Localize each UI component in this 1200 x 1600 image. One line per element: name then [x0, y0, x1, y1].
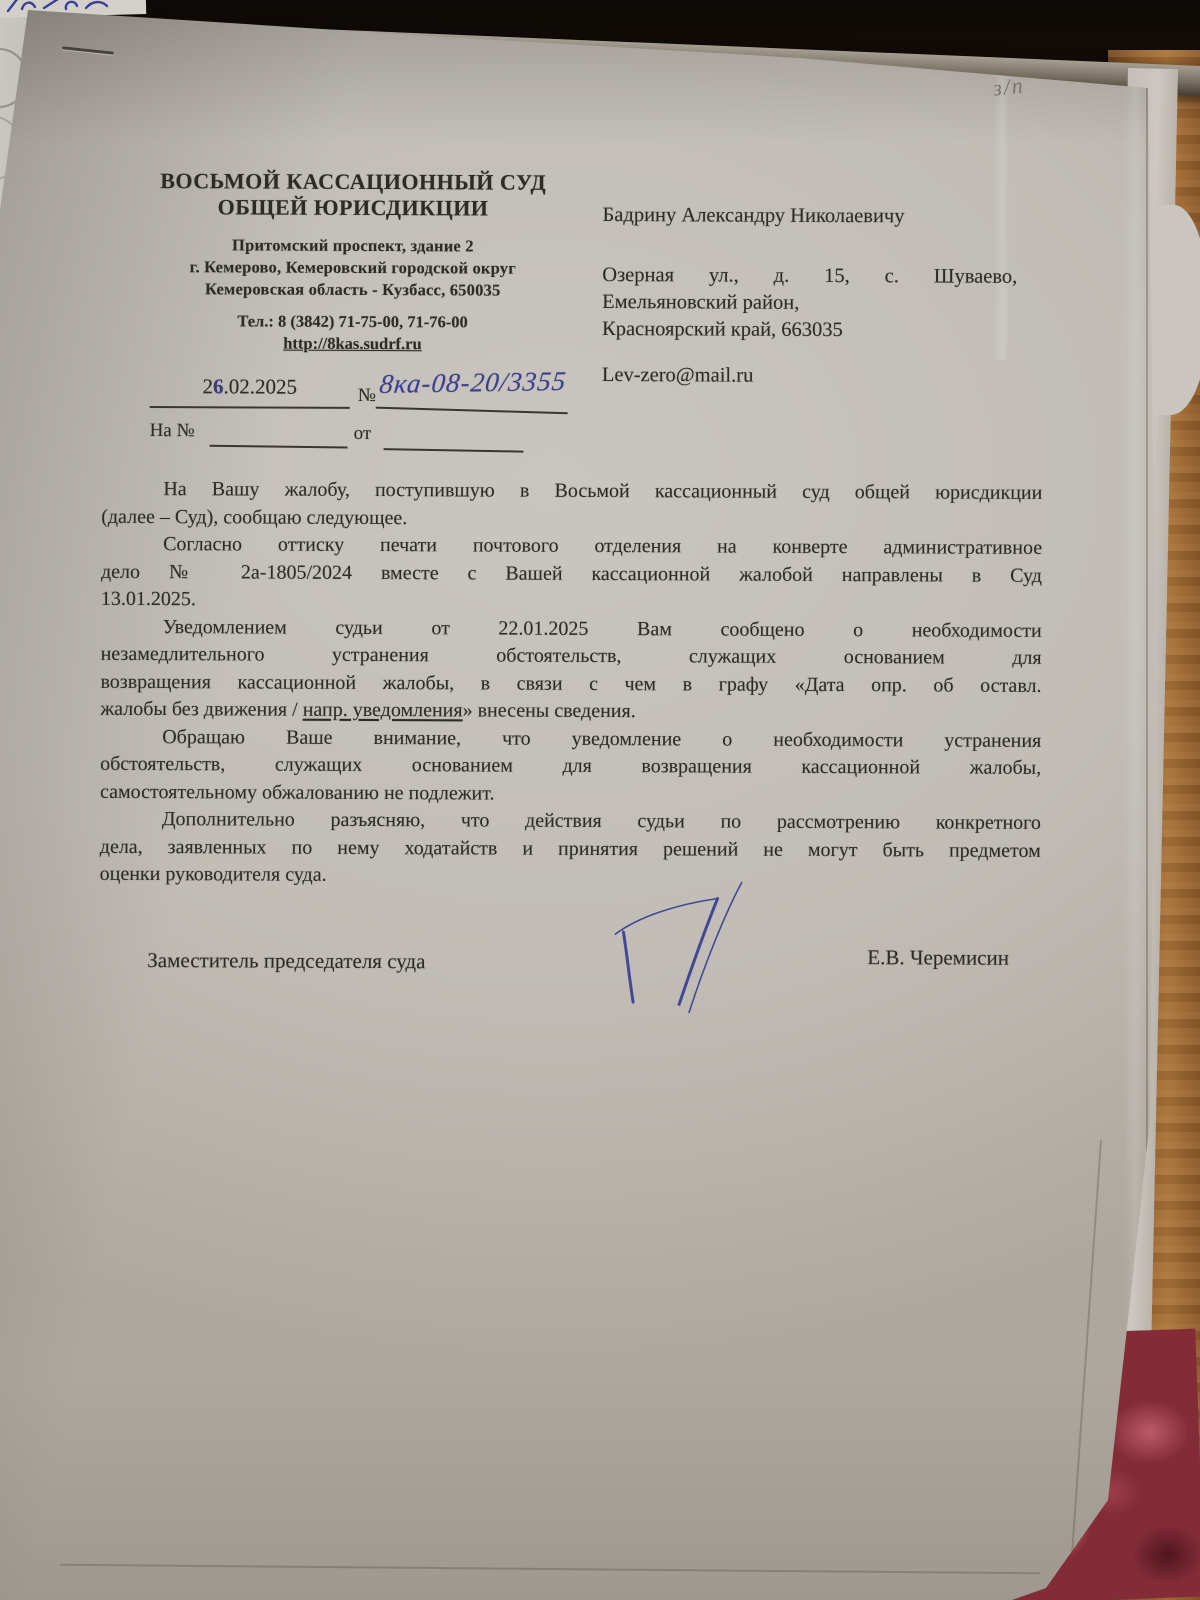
body-text: На Вашу жалобу, поступившую в Восьмой ка…: [100, 476, 1043, 893]
photo-scene: з/п ВОСЬМОЙ КАССАЦИОННЫЙ СУД ОБЩЕЙ ЮРИСД…: [0, 0, 1200, 1600]
paragraph: Согласно оттиску печати почтового отделе…: [101, 531, 1042, 618]
paragraph: Дополнительно разъясняю, что действия су…: [100, 806, 1041, 893]
court-address: Притомский проспект, здание 2 г. Кемеров…: [130, 234, 575, 302]
letter-date: 26.02.2025: [150, 374, 350, 409]
recipient-block: Бадрину Александру Николаевичу Озерная у…: [602, 202, 1018, 389]
court-phone: Тел.: 8 (3842) 71-75-00, 71-76-00: [130, 311, 575, 333]
blank-underline: [210, 445, 348, 449]
incoming-number-label: На №: [150, 420, 195, 442]
outgoing-number-handwritten: 8ка-08-20/3355: [378, 366, 568, 400]
recipient-address-line1: Озерная ул., д. 15, с. Шуваево,: [602, 262, 1017, 291]
date-corrected-digit: 6: [213, 374, 224, 398]
text-line: Обращаю Ваше внимание, что уведомление о…: [100, 723, 1041, 755]
court-name-line2: ОБЩЕЙ ЮРИСДИКЦИИ: [131, 194, 576, 222]
text-line: На Вашу жалобу, поступившую в Восьмой ка…: [101, 476, 1042, 508]
number-sign: №: [358, 385, 376, 407]
court-address-line3: Кемеровская область - Кузбасс, 650035: [130, 278, 575, 302]
text-line: незамедлительного устранения обстоятельс…: [101, 641, 1042, 673]
letterhead: ВОСЬМОЙ КАССАЦИОННЫЙ СУД ОБЩЕЙ ЮРИСДИКЦИ…: [130, 168, 576, 355]
recipient-address-line3: Красноярский край, 663035: [602, 316, 1017, 345]
court-address-line1: Притомский проспект, здание 2: [130, 234, 575, 258]
blank-underline: [384, 448, 524, 453]
recipient-email: Lev-zero@mail.ru: [602, 364, 1017, 389]
recipient-address: Озерная ул., д. 15, с. Шуваево, Емельяно…: [602, 262, 1017, 345]
text-line: жалобы без движения / напр. уведомления»…: [100, 696, 1041, 728]
text-line: 13.01.2025.: [101, 586, 1042, 618]
text-line: обстоятельств, служащих основанием для в…: [100, 751, 1041, 783]
text-line: оценки руководителя суда.: [100, 861, 1041, 893]
letter-content: ВОСЬМОЙ КАССАЦИОННЫЙ СУД ОБЩЕЙ ЮРИСДИКЦИ…: [0, 0, 1200, 1600]
text-line: Дополнительно разъясняю, что действия су…: [100, 806, 1041, 838]
court-name: ВОСЬМОЙ КАССАЦИОННЫЙ СУД ОБЩЕЙ ЮРИСДИКЦИ…: [131, 168, 576, 222]
ink-signature: [599, 876, 760, 1022]
text-line: возвращения кассационной жалобы, в связи…: [100, 668, 1041, 700]
court-name-line1: ВОСЬМОЙ КАССАЦИОННЫЙ СУД: [131, 168, 576, 196]
text-line: самостоятельному обжалованию не подлежит…: [100, 778, 1041, 810]
incoming-date-label: от: [354, 423, 372, 445]
paragraph: Уведомлением судьи от 22.01.2025 Вам соо…: [100, 613, 1041, 727]
text-line: (далее – Суд), сообщаю следующее.: [101, 503, 1042, 535]
paragraph: Обращаю Ваше внимание, что уведомление о…: [100, 723, 1041, 810]
text-line: Согласно оттиску печати почтового отделе…: [101, 531, 1042, 563]
document-page: з/п ВОСЬМОЙ КАССАЦИОННЫЙ СУД ОБЩЕЙ ЮРИСД…: [0, 0, 1200, 1600]
underlined-fragment: напр. уведомления: [303, 699, 463, 722]
text-line: дела, заявленных по нему ходатайств и пр…: [100, 833, 1041, 865]
recipient-address-line2: Емельяновский район,: [602, 289, 1017, 318]
date-rest: .02.2025: [223, 374, 297, 398]
underlying-sheet-corner: [1146, 205, 1200, 415]
signer-name: Е.В. Черемисин: [867, 945, 1009, 971]
court-website: http://8kas.sudrf.ru: [130, 333, 575, 355]
signer-position: Заместитель председателя суда: [147, 948, 425, 974]
blank-underline: [376, 407, 568, 415]
text-line: дело № 2а-1805/2024 вместе с Вашей касса…: [101, 558, 1042, 590]
date-digit: 2: [202, 374, 213, 398]
text-line: Уведомлением судьи от 22.01.2025 Вам соо…: [101, 613, 1042, 645]
paragraph: На Вашу жалобу, поступившую в Восьмой ка…: [101, 476, 1042, 535]
court-address-line2: г. Кемерово, Кемеровский городской округ: [130, 256, 575, 280]
recipient-name: Бадрину Александру Николаевичу: [602, 202, 1017, 230]
pen-scribble: [4, 0, 134, 14]
